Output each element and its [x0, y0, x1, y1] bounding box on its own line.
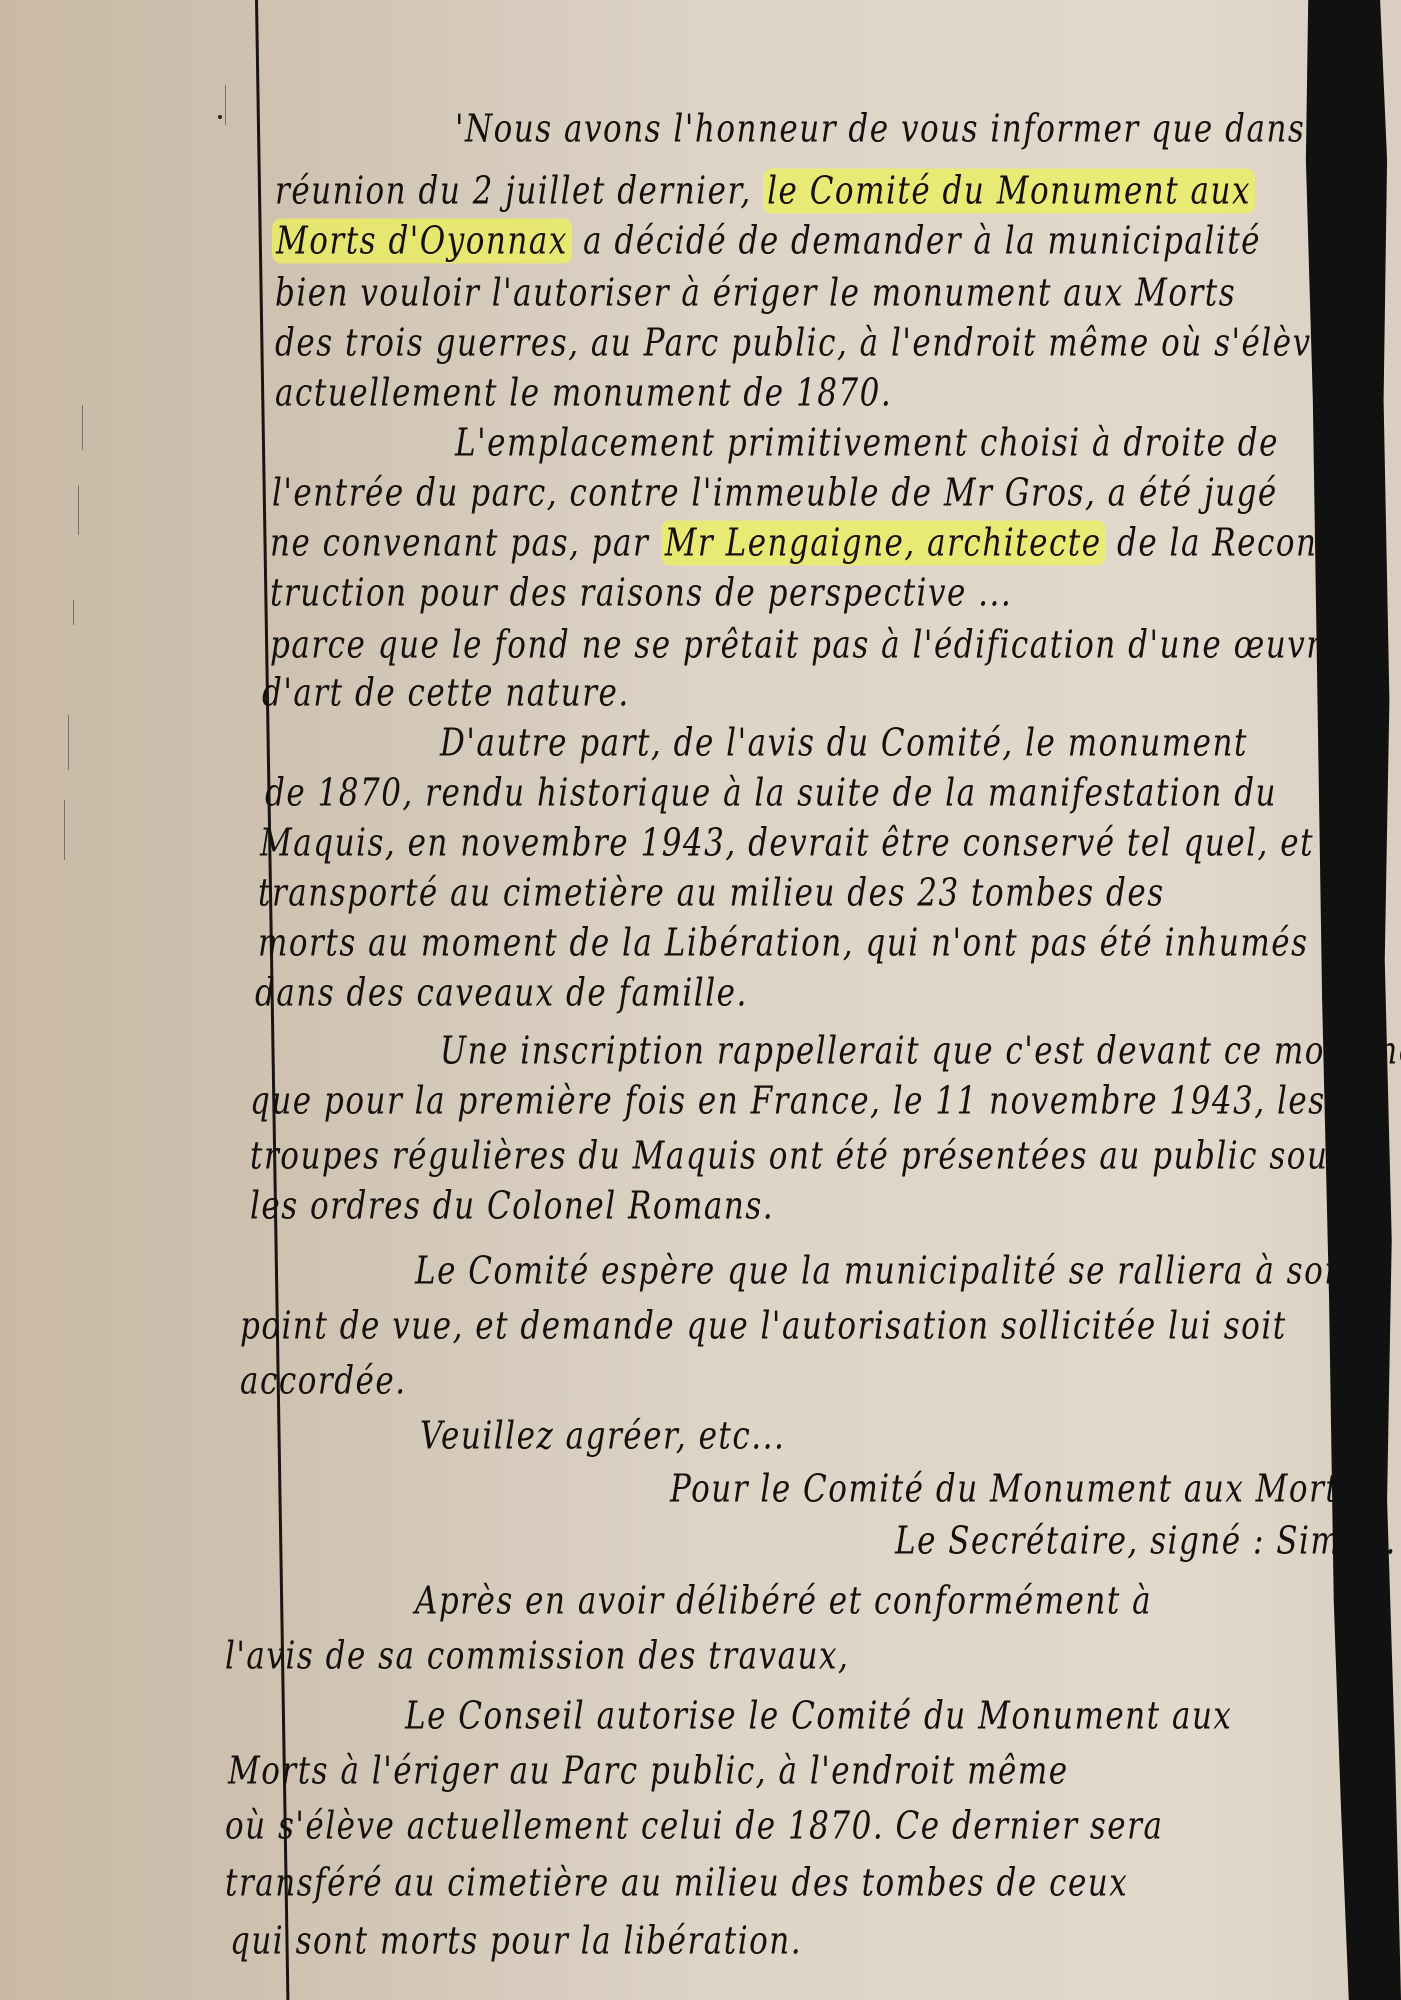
line-33: transféré au cimetière au milieu des tom… [225, 1864, 1128, 1903]
line-18: Une inscription rappellerait que c'est d… [440, 1032, 1401, 1071]
line-25: Veuillez agréer, etc... [420, 1417, 785, 1456]
line-1: réunion du 2 juillet dernier, le Comité … [275, 172, 1255, 211]
line-3: bien vouloir l'autoriser à ériger le mon… [275, 274, 1236, 313]
line-11: d'art de cette nature. [262, 674, 630, 713]
line-23: point de vue, et demande que l'autorisat… [240, 1307, 1287, 1346]
line-14: Maquis, en novembre 1943, devrait être c… [260, 824, 1314, 863]
line-20: troupes régulières du Maquis ont été pré… [250, 1137, 1346, 1176]
line-26: Pour le Comité du Monument aux Morts [670, 1470, 1357, 1509]
line-6: L'emplacement primitivement choisi à dro… [455, 424, 1279, 463]
line-32: où s'élève actuellement celui de 1870. C… [225, 1807, 1163, 1846]
paper-page: 'Nous avons l'honneur de vous informer q… [0, 0, 1401, 2000]
line-4: des trois guerres, au Parc public, à l'e… [275, 324, 1332, 363]
handwritten-text: 'Nous avons l'honneur de vous informer q… [0, 0, 1401, 2000]
line-24: accordée. [240, 1362, 407, 1401]
line-10: parce que le fond ne se prêtait pas à l'… [270, 626, 1342, 665]
line-15: transporté au cimetière au milieu des 23… [258, 874, 1165, 913]
highlight: Mr Lengaigne, architecte [661, 521, 1106, 566]
line-2: Morts d'Oyonnax a décidé de demander à l… [272, 222, 1261, 261]
highlight: le Comité du Monument aux [763, 169, 1255, 214]
line-12: D'autre part, de l'avis du Comité, le mo… [440, 724, 1248, 763]
line-17: dans des caveaux de famille. [255, 974, 748, 1013]
line-8: ne convenant pas, par Mr Lengaigne, arch… [270, 524, 1347, 563]
photocopy-dark-edge [1285, 0, 1401, 2000]
line-16: morts au moment de la Libération, qui n'… [258, 924, 1309, 963]
line-7: l'entrée du parc, contre l'immeuble de M… [272, 474, 1278, 513]
line-28: Après en avoir délibéré et conformément … [415, 1582, 1152, 1621]
line-9: truction pour des raisons de perspective… [270, 574, 1012, 613]
line-19: que pour la première fois en France, le … [250, 1082, 1326, 1121]
line-31: Morts à l'ériger au Parc public, à l'end… [228, 1752, 1069, 1791]
line-22: Le Comité espère que la municipalité se … [415, 1252, 1346, 1291]
line-13: de 1870, rendu historique à la suite de … [265, 774, 1277, 813]
line-5: actuellement le monument de 1870. [275, 374, 892, 413]
line-29: l'avis de sa commission des travaux, [225, 1637, 849, 1676]
line-30: Le Conseil autorise le Comité du Monumen… [405, 1697, 1232, 1736]
scan-edge-shadow [1285, 0, 1401, 2000]
highlight: Morts d'Oyonnax [272, 219, 572, 264]
line-21: les ordres du Colonel Romans. [250, 1187, 774, 1226]
line-0: 'Nous avons l'honneur de vous informer q… [455, 110, 1354, 149]
line-34: qui sont morts pour la libération. [230, 1922, 802, 1961]
